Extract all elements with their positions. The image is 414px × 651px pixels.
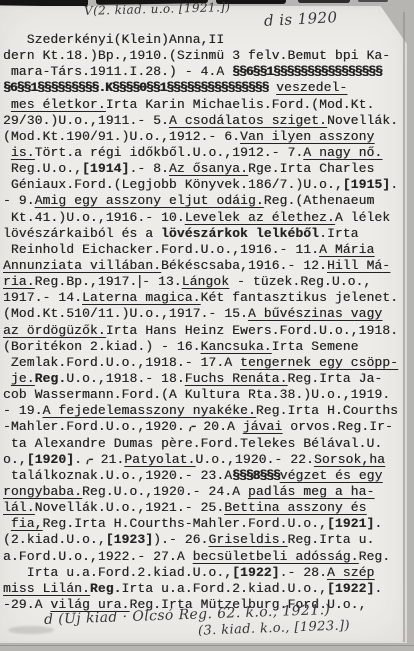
handwritten-mark: ⌌ [82, 452, 93, 467]
text-segment: Géniaux.Ford.(Legjobb Könyvek.186/7.)U.o… [3, 177, 343, 192]
typewritten-line: (Mod.Kt.190/91.)U.o.,1912.- 6.Van ilyen … [3, 129, 407, 145]
text-segment: orvos.Reg.Ir- [282, 419, 393, 434]
text-segment: 1917.- 14. [3, 290, 82, 305]
typewritten-line: rongybaba.Reg.U.o.,1920.- 24.A padlás me… [3, 484, 407, 500]
text-segment: végzet és egy [280, 468, 383, 483]
typewritten-text: Szederkényi(Klein)Anna,IIdern Kt.18.)Bp.… [3, 32, 407, 613]
text-segment: Két fantasztikus jelenet. [201, 290, 399, 305]
text-segment: Reg.Bp.,1917. [35, 274, 138, 289]
text-segment: .- 8. [129, 161, 169, 176]
typewritten-line: találkoznak.U.o.,1920.- 23.A§§§8§§§végze… [3, 468, 407, 484]
text-segment: [1915] [343, 177, 390, 192]
text-segment: veszedel- [276, 80, 347, 95]
text-segment: A szép [327, 565, 374, 580]
text-segment: Lángok [182, 274, 229, 289]
scan-edge-artifact [298, 0, 350, 3]
typewritten-line: Zemlak.Ford.U.o.,1918.- 17.A tengernek e… [3, 355, 407, 371]
typewritten-line: Reg.U.o.,[1914].- 8.Az ősanya.Rge.Irta C… [3, 161, 407, 177]
text-segment: padlás meg a ha- [248, 484, 374, 499]
typewritten-line: o.,[1920].⌌ 21.Patyolat.U.o.,1920.- 22.S… [3, 452, 407, 468]
typewritten-line: - 9.Amig egy asszony eljut odáig.Reg.(At… [3, 193, 407, 209]
scan-page: Szederkényi(Klein)Anna,IIdern Kt.18.)Bp.… [0, 0, 414, 651]
typewritten-line: je.Reg.U.o.,1918.- 18.Fuchs Renáta.Reg.I… [3, 371, 407, 387]
typewritten-line: §6§§1§§§§§§§§§.K§§§§0§§1§§§§§§§§§§§§§§§ … [3, 80, 407, 96]
typewritten-line: Irta u.a.Ford.2.kiad.U.o.,[1922].- 28.A … [3, 565, 407, 581]
text-segment: ).- 26. [153, 532, 208, 547]
typewritten-line: - 19.A fejedelemasszony nyakéke.Reg.Irta… [3, 403, 407, 419]
scan-edge-artifact [0, 645, 414, 646]
text-segment: mara-Társ.1911.I.28.) - 4.A [3, 64, 232, 79]
text-segment: Sorsok,ha [314, 452, 385, 467]
text-segment: Reg.Irta u. [287, 532, 374, 547]
text-segment: találkoznak.U.o.,1920.- 23.A [3, 468, 232, 483]
typewritten-line: mes életkor.Irta Karin Michaelis.Ford.(M… [3, 97, 407, 113]
text-segment: Patyolat. [124, 452, 195, 467]
text-segment: §6§§1§§§§§§§§§.K§§§§0§§1§§§§§§§§§§§§§§§ [3, 80, 268, 95]
text-segment: Szederkényi(Klein)Anna,II [3, 32, 224, 47]
text-segment: Amig egy asszony eljut odáig. [35, 193, 264, 208]
typewritten-line: ta Alexandre Dumas père.Ford.Telekes Bél… [3, 436, 407, 452]
typewritten-line: cob Wassermann.Ford.(A Kultura Rta.38.)U… [3, 387, 407, 403]
text-segment [3, 145, 11, 160]
scan-edge-artifact [358, 0, 388, 2]
text-segment: Hill Má- [327, 258, 390, 273]
text-segment: Rge.Irta Charles [248, 161, 374, 176]
typewritten-line: Géniaux.Ford.(Legjobb Könyvek.186/7.)U.o… [3, 177, 407, 193]
text-segment: Irta u.a.Ford.2.kiad.U.o., [122, 581, 327, 596]
handwritten-annotation-top-right: d is 1920 [264, 8, 338, 30]
typewritten-line: mara-Társ.1911.I.28.) - 4.A §§6§§1§§§§§§… [3, 64, 407, 80]
handwritten-mark: ⌌ [185, 419, 196, 434]
text-segment: Novellák.U.o.,1921.- 25. [35, 500, 225, 515]
typewritten-line: az ördögüzők.Irta Hans Heinz Ewers.Ford.… [3, 323, 407, 339]
text-segment: a.Ford.U.o.,1922.- 27.A [3, 549, 193, 564]
scan-edge-artifact [403, 12, 405, 642]
text-segment: ta Alexandre Dumas père.Ford.Telekes Bél… [3, 436, 382, 451]
typewritten-line: (Mod.Kt.510/11.)U.o.,1917.- 15.A bűvészi… [3, 306, 407, 322]
text-segment: (Mod.Kt.510/11.)U.o.,1917.- 15. [3, 306, 248, 321]
typewritten-line: Reinhold Eichacker.Ford.U.o.,1916.- 11.A… [3, 242, 407, 258]
typewritten-line: Kt.41.)U.o.,1916.- 10.Levelek az élethez… [3, 210, 407, 226]
text-segment: Irta Hans Heinz Ewers.Ford.U.o.,1918. [106, 323, 398, 338]
text-segment: Reg.U.o.,1920.- 24.A [82, 484, 248, 499]
text-segment: Bettina asszony és [224, 500, 366, 515]
text-segment: A csodálatos sziget. [169, 113, 327, 128]
text-segment: A lélek [335, 210, 390, 225]
typewritten-line: (Boritékon 2.kiad.) - 16.Kancsuka.Irta S… [3, 339, 407, 355]
text-segment: is. [11, 145, 35, 160]
text-segment: §§§8§§§ [232, 468, 280, 483]
text-segment [268, 80, 276, 95]
scan-smudge-artifact [8, 626, 54, 634]
text-segment: (Boritékon 2.kiad.) - 16. [3, 339, 201, 354]
text-segment [3, 371, 11, 386]
text-segment: lövészárkok lelkéből [161, 226, 319, 241]
typewritten-line: dern Kt.18.)Bp.,1910.(Szinmü 3 felv.Bemu… [3, 48, 407, 64]
text-segment: U.o.,1920.- 22. [195, 452, 314, 467]
text-segment: Novellák. [327, 113, 398, 128]
typewritten-line: fia,Reg.Irta H.Courths-Mahler.Ford.U.o.,… [3, 516, 407, 532]
text-segment: 29/30.)U.o.,1911.- 5. [3, 113, 169, 128]
text-segment: 21. [93, 452, 125, 467]
text-segment: Az ősanya. [169, 161, 248, 176]
text-segment: dern Kt.18.)Bp.,1910.(Szinmü 3 felv.Bemu… [3, 48, 390, 63]
text-segment: Reg.Irta H.Courths [256, 403, 398, 418]
text-segment: rongybaba. [3, 484, 82, 499]
text-segment: [1923] [106, 532, 153, 547]
text-segment: az ördögüzők. [3, 323, 106, 338]
text-segment: .- 28. [280, 565, 327, 580]
text-segment: [1914] [82, 161, 129, 176]
text-segment [3, 516, 11, 531]
text-segment: .Irta [319, 226, 359, 241]
text-segment: - tüzek.Reg.U.o., [229, 274, 371, 289]
text-segment: A bűvészinas vagy [248, 306, 382, 321]
typewritten-line: 1917.- 14.Laterna magica.Két fantasztiku… [3, 290, 407, 306]
text-segment: Tört.a régi időkből.U.o.,1912.- 7. [35, 145, 304, 160]
text-segment: lál. [3, 500, 35, 515]
text-segment: ria. [3, 274, 35, 289]
text-segment: jávai [243, 419, 283, 434]
text-segment: A Mária [319, 242, 374, 257]
text-segment: Irta Semene [272, 339, 359, 354]
text-segment: §§6§§1§§§§§§§§§§§§§§§§ [232, 64, 382, 79]
text-segment: -Mahler.Ford.U.o.,1920. [3, 419, 185, 434]
text-segment: - 13. [142, 274, 182, 289]
scan-edge-artifact [0, 0, 88, 7]
typewritten-line: lövészárkaiból és a lövészárkok lelkéből… [3, 226, 407, 242]
text-segment: -29.A [3, 597, 50, 612]
text-segment: - 9. [3, 193, 35, 208]
text-segment: Reg.U.o., [3, 161, 82, 176]
text-segment: Kt.41.)U.o.,1916.- 10. [3, 210, 185, 225]
text-segment: [1922] [232, 565, 279, 580]
text-segment [3, 97, 11, 112]
text-segment: tengernek egy csöpp- [240, 355, 398, 370]
typewritten-line: is.Tört.a régi időkből.U.o.,1912.- 7.A n… [3, 145, 407, 161]
text-segment: cob Wassermann.Ford.(A Kultura Rta.38.)U… [3, 387, 390, 402]
text-segment: Van ilyen asszony [240, 129, 374, 144]
text-segment: 20.A [195, 419, 242, 434]
typewritten-line: -Mahler.Ford.U.o.,1920.⌌ 20.A jávai orvo… [3, 419, 407, 435]
text-segment: je. [11, 371, 35, 386]
text-segment: Reg.Irta Ja- [287, 371, 382, 386]
text-segment: miss Lilán. [3, 581, 90, 596]
text-segment: Reg.Irta H.Courths-Mahler.Ford.U.o., [43, 516, 327, 531]
text-segment: Kancsuka. [201, 339, 272, 354]
text-segment: Reinhold Eichacker.Ford.U.o.,1916.- 11. [3, 242, 319, 257]
text-segment: lövészárkaiból és a [3, 226, 161, 241]
typewritten-line: a.Ford.U.o.,1922.- 27.A becsületbeli adó… [3, 549, 407, 565]
text-segment: Békéscsaba,1916.- 12. [161, 258, 327, 273]
text-segment: Reg. [90, 581, 122, 596]
text-segment: Levelek az élethez. [185, 210, 335, 225]
text-segment: [1921] [327, 516, 374, 531]
text-segment: Reg.(Athenaeum [264, 193, 375, 208]
typewritten-line: ria.Reg.Bp.,1917.|- 13.Lángok - tüzek.Re… [3, 274, 407, 290]
text-segment: (2.kiad.U.o., [3, 532, 106, 547]
text-segment: Irta u.a.Ford.2.kiad.U.o., [3, 565, 232, 580]
text-segment: Griseldis. [208, 532, 287, 547]
text-segment: Fuchs Renáta. [185, 371, 288, 386]
text-segment: Zemlak.Ford.U.o.,1918.- 17.A [3, 355, 240, 370]
text-segment: - 19. [3, 403, 43, 418]
text-segment: Annunziata villában. [3, 258, 161, 273]
text-segment: Reg. [359, 549, 391, 564]
text-segment: [1920] [27, 452, 74, 467]
text-segment: A fejedelemasszony nyakéke. [43, 403, 256, 418]
text-segment: Reg. [35, 371, 67, 386]
catalog-card: Szederkényi(Klein)Anna,IIdern Kt.18.)Bp.… [0, 6, 407, 643]
text-segment: Laterna magica. [82, 290, 201, 305]
typewritten-line: Szederkényi(Klein)Anna,II [3, 32, 407, 48]
text-segment: . [390, 177, 398, 192]
text-segment: Irta Karin Michaelis.Ford.(Mod.Kt. [106, 97, 375, 112]
typewritten-line: Annunziata villában.Békéscsaba,1916.- 12… [3, 258, 407, 274]
typewritten-line: 29/30.)U.o.,1911.- 5.A csodálatos sziget… [3, 113, 407, 129]
text-segment: . [374, 516, 382, 531]
typewritten-line: lál.Novellák.U.o.,1921.- 25.Bettina assz… [3, 500, 407, 516]
text-segment: o., [3, 452, 27, 467]
text-segment: [1922] [327, 581, 374, 596]
text-segment: mes életkor. [11, 97, 106, 112]
text-segment: . [74, 452, 82, 467]
typewritten-line: miss Lilán.Reg.Irta u.a.Ford.2.kiad.U.o.… [3, 581, 407, 597]
text-segment: . [374, 581, 382, 596]
text-segment: (Mod.Kt.190/91.)U.o.,1912.- 6. [3, 129, 240, 144]
text-segment: fia, [11, 516, 43, 531]
text-segment: becsületbeli adósság. [193, 549, 359, 564]
typewritten-line: (2.kiad.U.o.,[1923]).- 26.Griseldis.Reg.… [3, 532, 407, 548]
text-segment: A nagy nő. [303, 145, 382, 160]
text-segment: U.o.,1918.- 18. [66, 371, 185, 386]
